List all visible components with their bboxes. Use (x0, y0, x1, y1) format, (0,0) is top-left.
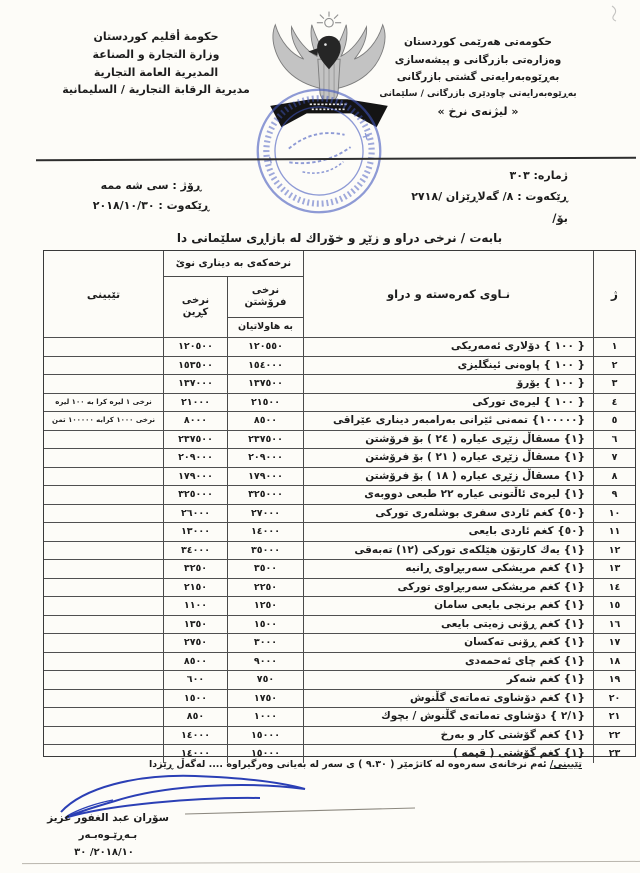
row-name: {١} كغم گۆشتی كار و به‌رخ (303, 727, 593, 745)
row-name: {١} كغم برنجی بایعی سامان (303, 597, 593, 615)
row-sell: ٣٥٠٠ (227, 560, 303, 578)
row-no: ١٧ (593, 634, 635, 652)
row-note (44, 597, 163, 615)
row-buy: ١٣٧٠٠٠ (163, 375, 227, 393)
row-note (44, 449, 163, 467)
table-body: ١ { ١٠٠ } دۆلاری ئه‌مه‌ریكی ١٢٠٥٥٠ ١٢٠٥٠… (44, 337, 635, 763)
row-name: {٥٠} كغم ئاردی بایعی (303, 523, 593, 541)
row-buy: ١٣٠٠٠ (163, 523, 227, 541)
day-label: ڕۆژ : سی شه ممه (58, 176, 244, 196)
row-sell: ٣٢٥٠٠٠ (227, 486, 303, 504)
row-note (44, 486, 163, 504)
table-row: ٩ {١} لیره‌ی ئاڵتونی عیاره ٢٢ طبعی دووبه… (44, 485, 635, 504)
meta-right-block: ژماره: ٣٠٣ ڕێكه‌وت : ٨/ گه‌لاڕێزان /٢٧١٨… (376, 166, 568, 230)
page-title: بابه‌ت / نرخی دراو و زێڕ و خۆراك له‌ باز… (43, 231, 636, 245)
row-note (44, 579, 163, 597)
table-row: ٨ {١} مسقاڵ زێڕی عیاره ( ١٨ ) بۆ فرۆشتن … (44, 467, 635, 486)
to-label: بۆ/ (376, 208, 568, 230)
row-sell: ١٢٥٠ (227, 597, 303, 615)
row-buy: ٢٧٥٠ (163, 634, 227, 652)
row-no: ١١ (593, 523, 635, 541)
table-row: ٢١ {٢/١ } دۆشاوی ته‌ماته‌ی گڵنوش / بچوك … (44, 707, 635, 726)
row-note (44, 653, 163, 671)
row-buy: ٢١٠٠٠ (163, 394, 227, 412)
table-row: ١٠ {٥٠} كغم ئاردی سفری بوشله‌ری توركی ٢٧… (44, 504, 635, 523)
row-sell: ١٧٩٠٠٠ (227, 468, 303, 486)
row-sell: ٢٢٥٠ (227, 579, 303, 597)
letterhead-line: المديرية العامة التجارية (58, 64, 254, 82)
row-sell: ١٠٠٠ (227, 708, 303, 726)
row-note (44, 523, 163, 541)
row-no: ٢٣ (593, 745, 635, 763)
row-no: ٢٠ (593, 690, 635, 708)
footer-note-label: تێبینی/ (550, 759, 582, 770)
row-name: { ١٠٠ } یۆرۆ (303, 375, 593, 393)
row-buy: ١٥٣٥٠٠ (163, 357, 227, 375)
letterhead-line: وزارة التجارة و الصناعة (58, 46, 254, 64)
row-note (44, 542, 163, 560)
row-no: ١٦ (593, 616, 635, 634)
table-row: ٣ { ١٠٠ } یۆرۆ ١٣٧٥٠٠ ١٣٧٠٠٠ (44, 374, 635, 393)
row-sell: ١٢٠٥٥٠ (227, 338, 303, 356)
row-sell: ٢١٥٠٠ (227, 394, 303, 412)
row-no: ٧ (593, 449, 635, 467)
row-sell: ١٥٠٠٠ (227, 727, 303, 745)
sell-price-sublabel: به‌ هاولاتیان (228, 317, 303, 337)
row-name: {٥٠} كغم ئاردی سفری بوشله‌ری توركی (303, 505, 593, 523)
row-no: ٩ (593, 486, 635, 504)
row-name: {١} كغم شه‌كر (303, 671, 593, 689)
row-name: {١} مسقاڵ زێڕی عیاره ( ٢٤ ) بۆ فرۆشتن (303, 431, 593, 449)
row-sell: ١٤٠٠٠ (227, 523, 303, 541)
row-sell: ٨٥٠٠ (227, 412, 303, 430)
letterhead-line: حكومة أقليم كوردستان (58, 28, 254, 46)
row-buy: ٣٢٥٠ (163, 560, 227, 578)
row-buy: ٨٥٠ (163, 708, 227, 726)
row-buy: ١٣٥٠ (163, 616, 227, 634)
row-no: ٣ (593, 375, 635, 393)
table-row: ٤ { ١٠٠ } لیره‌ی توركی ٢١٥٠٠ ٢١٠٠٠ نرخی … (44, 393, 635, 412)
row-no: ١٢ (593, 542, 635, 560)
row-note (44, 431, 163, 449)
row-no: ٢١ (593, 708, 635, 726)
row-no: ١٤ (593, 579, 635, 597)
row-no: ٥ (593, 412, 635, 430)
table-row: ٢٠ {١} كغم دۆشاوی ته‌ماته‌ی گڵنوش ١٧٥٠ ١… (44, 689, 635, 708)
table-row: ٥ {١٠٠٠٠٠} تمه‌نی ئێرانی به‌رامبه‌ر دینا… (44, 411, 635, 430)
date-label: ڕێكه‌وت : ٢٠١٨/١٠/٣٠ (58, 196, 244, 216)
column-header-sell: نرخی فرۆشتن به‌ هاولاتیان (227, 277, 303, 337)
table-row: ١١ {٥٠} كغم ئاردی بایعی ١٤٠٠٠ ١٣٠٠٠ (44, 522, 635, 541)
price-group-label: نرخه‌كه‌ی به‌ دیناری نوێ (164, 251, 303, 277)
row-note (44, 468, 163, 486)
row-sell: ٢٧٠٠٠ (227, 505, 303, 523)
row-no: ٦ (593, 431, 635, 449)
row-name: {١٠٠٠٠٠} تمه‌نی ئێرانی به‌رامبه‌ر دیناری… (303, 412, 593, 430)
row-sell: ١٥٤٠٠٠ (227, 357, 303, 375)
row-no: ٢ (593, 357, 635, 375)
row-sell: ٩٠٠٠ (227, 653, 303, 671)
row-buy: ٦٠٠ (163, 671, 227, 689)
row-no: ١٠ (593, 505, 635, 523)
row-no: ١ (593, 338, 635, 356)
row-note (44, 560, 163, 578)
row-note (44, 505, 163, 523)
row-note (44, 708, 163, 726)
table-row: ٢٢ {١} كغم گۆشتی كار و به‌رخ ١٥٠٠٠ ١٤٠٠٠ (44, 726, 635, 745)
document-number: ژماره: ٣٠٣ (376, 166, 568, 187)
stray-pen-mark (608, 4, 622, 22)
table-row: ١٩ {١} كغم شه‌كر ٧٥٠ ٦٠٠ (44, 670, 635, 689)
row-name: {١} مسقاڵ زێڕی عیاره ( ٢١ ) بۆ فرۆشتن (303, 449, 593, 467)
row-buy: ١١٠٠ (163, 597, 227, 615)
row-sell: ٧٥٠ (227, 671, 303, 689)
row-name: {١} كغم چای ئه‌حمه‌دی (303, 653, 593, 671)
row-sell: ٢٣٧٥٠٠ (227, 431, 303, 449)
kurdish-date: ڕێكه‌وت : ٨/ گه‌لاڕێزان /٢٧١٨ (376, 187, 568, 208)
row-name: { ١٠٠ } پاوه‌نی ئینگلیزی (303, 357, 593, 375)
table-row: ١٦ {١} كغم ڕۆنی زه‌یتی بایعی ١٥٠٠ ١٣٥٠ (44, 615, 635, 634)
row-buy: ٨٠٠٠ (163, 412, 227, 430)
row-buy: ٢٦٠٠٠ (163, 505, 227, 523)
row-note (44, 727, 163, 745)
row-note (44, 690, 163, 708)
row-no: ٤ (593, 394, 635, 412)
row-sell: ١٣٧٥٠٠ (227, 375, 303, 393)
row-name: {١} كغم دۆشاوی ته‌ماته‌ی گڵنوش (303, 690, 593, 708)
row-buy: ٣٤٠٠٠ (163, 542, 227, 560)
signatory-title: بـه‌ڕێـوه‌بـه‌ر (38, 830, 178, 841)
table-header: ژ نـاوی كه‌ره‌سته‌ و دراو نرخه‌كه‌ی به‌ … (44, 251, 635, 337)
row-name: {٢/١ } دۆشاوی ته‌ماته‌ی گڵنوش / بچوك (303, 708, 593, 726)
row-no: ١٩ (593, 671, 635, 689)
table-row: ١٣ {١} كغم مریشكی سه‌ربڕاوی ڕانیه ٣٥٠٠ ٣… (44, 559, 635, 578)
row-sell: ٣٠٠٠ (227, 634, 303, 652)
row-name: {١} لیره‌ی ئاڵتونی عیاره ٢٢ طبعی دووبه‌ی (303, 486, 593, 504)
letterhead-line: مديرية الرقابة التجارية / السليمانية (58, 81, 254, 99)
row-no: ١٣ (593, 560, 635, 578)
row-sell: ١٥٠٠ (227, 616, 303, 634)
sell-price-label: نرخی فرۆشتن (228, 277, 303, 317)
row-buy: ٢٣٧٥٠٠ (163, 431, 227, 449)
row-name: { ١٠٠ } لیره‌ی توركی (303, 394, 593, 412)
letterhead-arabic: حكومة أقليم كوردستان وزارة التجارة و الص… (58, 28, 254, 99)
row-sell: ١٧٥٠ (227, 690, 303, 708)
row-no: ٢٢ (593, 727, 635, 745)
row-note (44, 616, 163, 634)
column-header-number: ژ (593, 251, 635, 337)
row-name: {١} كغم مریشكی سه‌ربڕاوی ڕانیه (303, 560, 593, 578)
row-no: ١٨ (593, 653, 635, 671)
row-buy: ١٢٠٥٠٠ (163, 338, 227, 356)
row-note: نرخی ١٠٠٠ كرابه ١٠٠٠٠٠ تمن (44, 412, 163, 430)
row-buy: ١٤٠٠٠ (163, 727, 227, 745)
table-row: ١٤ {١} كغم مریشكی سه‌ربڕاوی توركی ٢٢٥٠ ٢… (44, 578, 635, 597)
table-row: ٢ { ١٠٠ } پاوه‌نی ئینگلیزی ١٥٤٠٠٠ ١٥٣٥٠٠ (44, 356, 635, 375)
table-row: ١٧ {١} كغم ڕۆنی ته‌كسان ٣٠٠٠ ٢٧٥٠ (44, 633, 635, 652)
row-buy: ١٥٠٠ (163, 690, 227, 708)
row-note: نرخی ١ لیره كرا به ١٠٠ لیره (44, 394, 163, 412)
table-row: ١ { ١٠٠ } دۆلاری ئه‌مه‌ریكی ١٢٠٥٥٠ ١٢٠٥٠… (44, 337, 635, 356)
row-note (44, 671, 163, 689)
row-name: {١} كغم مریشكی سه‌ربڕاوی توركی (303, 579, 593, 597)
row-note (44, 375, 163, 393)
row-no: ١٥ (593, 597, 635, 615)
table-row: ٦ {١} مسقاڵ زێڕی عیاره ( ٢٤ ) بۆ فرۆشتن … (44, 430, 635, 449)
scanned-price-list-document: حكومة أقليم كوردستان وزارة التجارة و الص… (0, 0, 640, 873)
table-row: ٧ {١} مسقاڵ زێڕی عیاره ( ٢١ ) بۆ فرۆشتن … (44, 448, 635, 467)
column-header-buy: نرخی كڕین (164, 277, 227, 337)
row-name: { ١٠٠ } دۆلاری ئه‌مه‌ریكی (303, 338, 593, 356)
row-sell: ٢٠٩٠٠٠ (227, 449, 303, 467)
table-row: ١٢ {١} یه‌ك كارتۆن هێلكه‌ی توركی (١٢) ته… (44, 541, 635, 560)
row-no: ٨ (593, 468, 635, 486)
row-sell: ٣٥٠٠٠ (227, 542, 303, 560)
meta-left-block: ڕۆژ : سی شه ممه ڕێكه‌وت : ٢٠١٨/١٠/٣٠ (58, 176, 244, 217)
row-note (44, 634, 163, 652)
table-row: ١٨ {١} كغم چای ئه‌حمه‌دی ٩٠٠٠ ٨٥٠٠ (44, 652, 635, 671)
column-header-item-name: نـاوی كه‌ره‌سته‌ و دراو (303, 251, 593, 337)
column-header-price-group: نرخه‌كه‌ی به‌ دیناری نوێ نرخی فرۆشتن به‌… (163, 251, 303, 337)
row-buy: ٢٠٩٠٠٠ (163, 449, 227, 467)
table-row: ١٥ {١} كغم برنجی بایعی سامان ١٢٥٠ ١١٠٠ (44, 596, 635, 615)
signature-date: ٢٠١٨/١٠/ ٣٠ (34, 847, 174, 858)
row-note (44, 338, 163, 356)
row-buy: ١٧٩٠٠٠ (163, 468, 227, 486)
row-buy: ٨٥٠٠ (163, 653, 227, 671)
row-buy: ٣٢٥٠٠٠ (163, 486, 227, 504)
row-name: {١} مسقاڵ زێڕی عیاره ( ١٨ ) بۆ فرۆشتن (303, 468, 593, 486)
row-name: {١} كغم ڕۆنی ته‌كسان (303, 634, 593, 652)
row-buy: ٢١٥٠ (163, 579, 227, 597)
bottom-scan-line (22, 861, 640, 864)
row-note (44, 357, 163, 375)
row-name: {١} یه‌ك كارتۆن هێلكه‌ی توركی (١٢) ته‌به… (303, 542, 593, 560)
row-name: {١} كغم ڕۆنی زه‌یتی بایعی (303, 616, 593, 634)
price-table: ژ نـاوی كه‌ره‌سته‌ و دراو نرخه‌كه‌ی به‌ … (43, 250, 636, 757)
column-header-notes: تێبینی (44, 251, 163, 337)
signatory-name: سۆران عبد الغفور عزیز (38, 812, 178, 824)
